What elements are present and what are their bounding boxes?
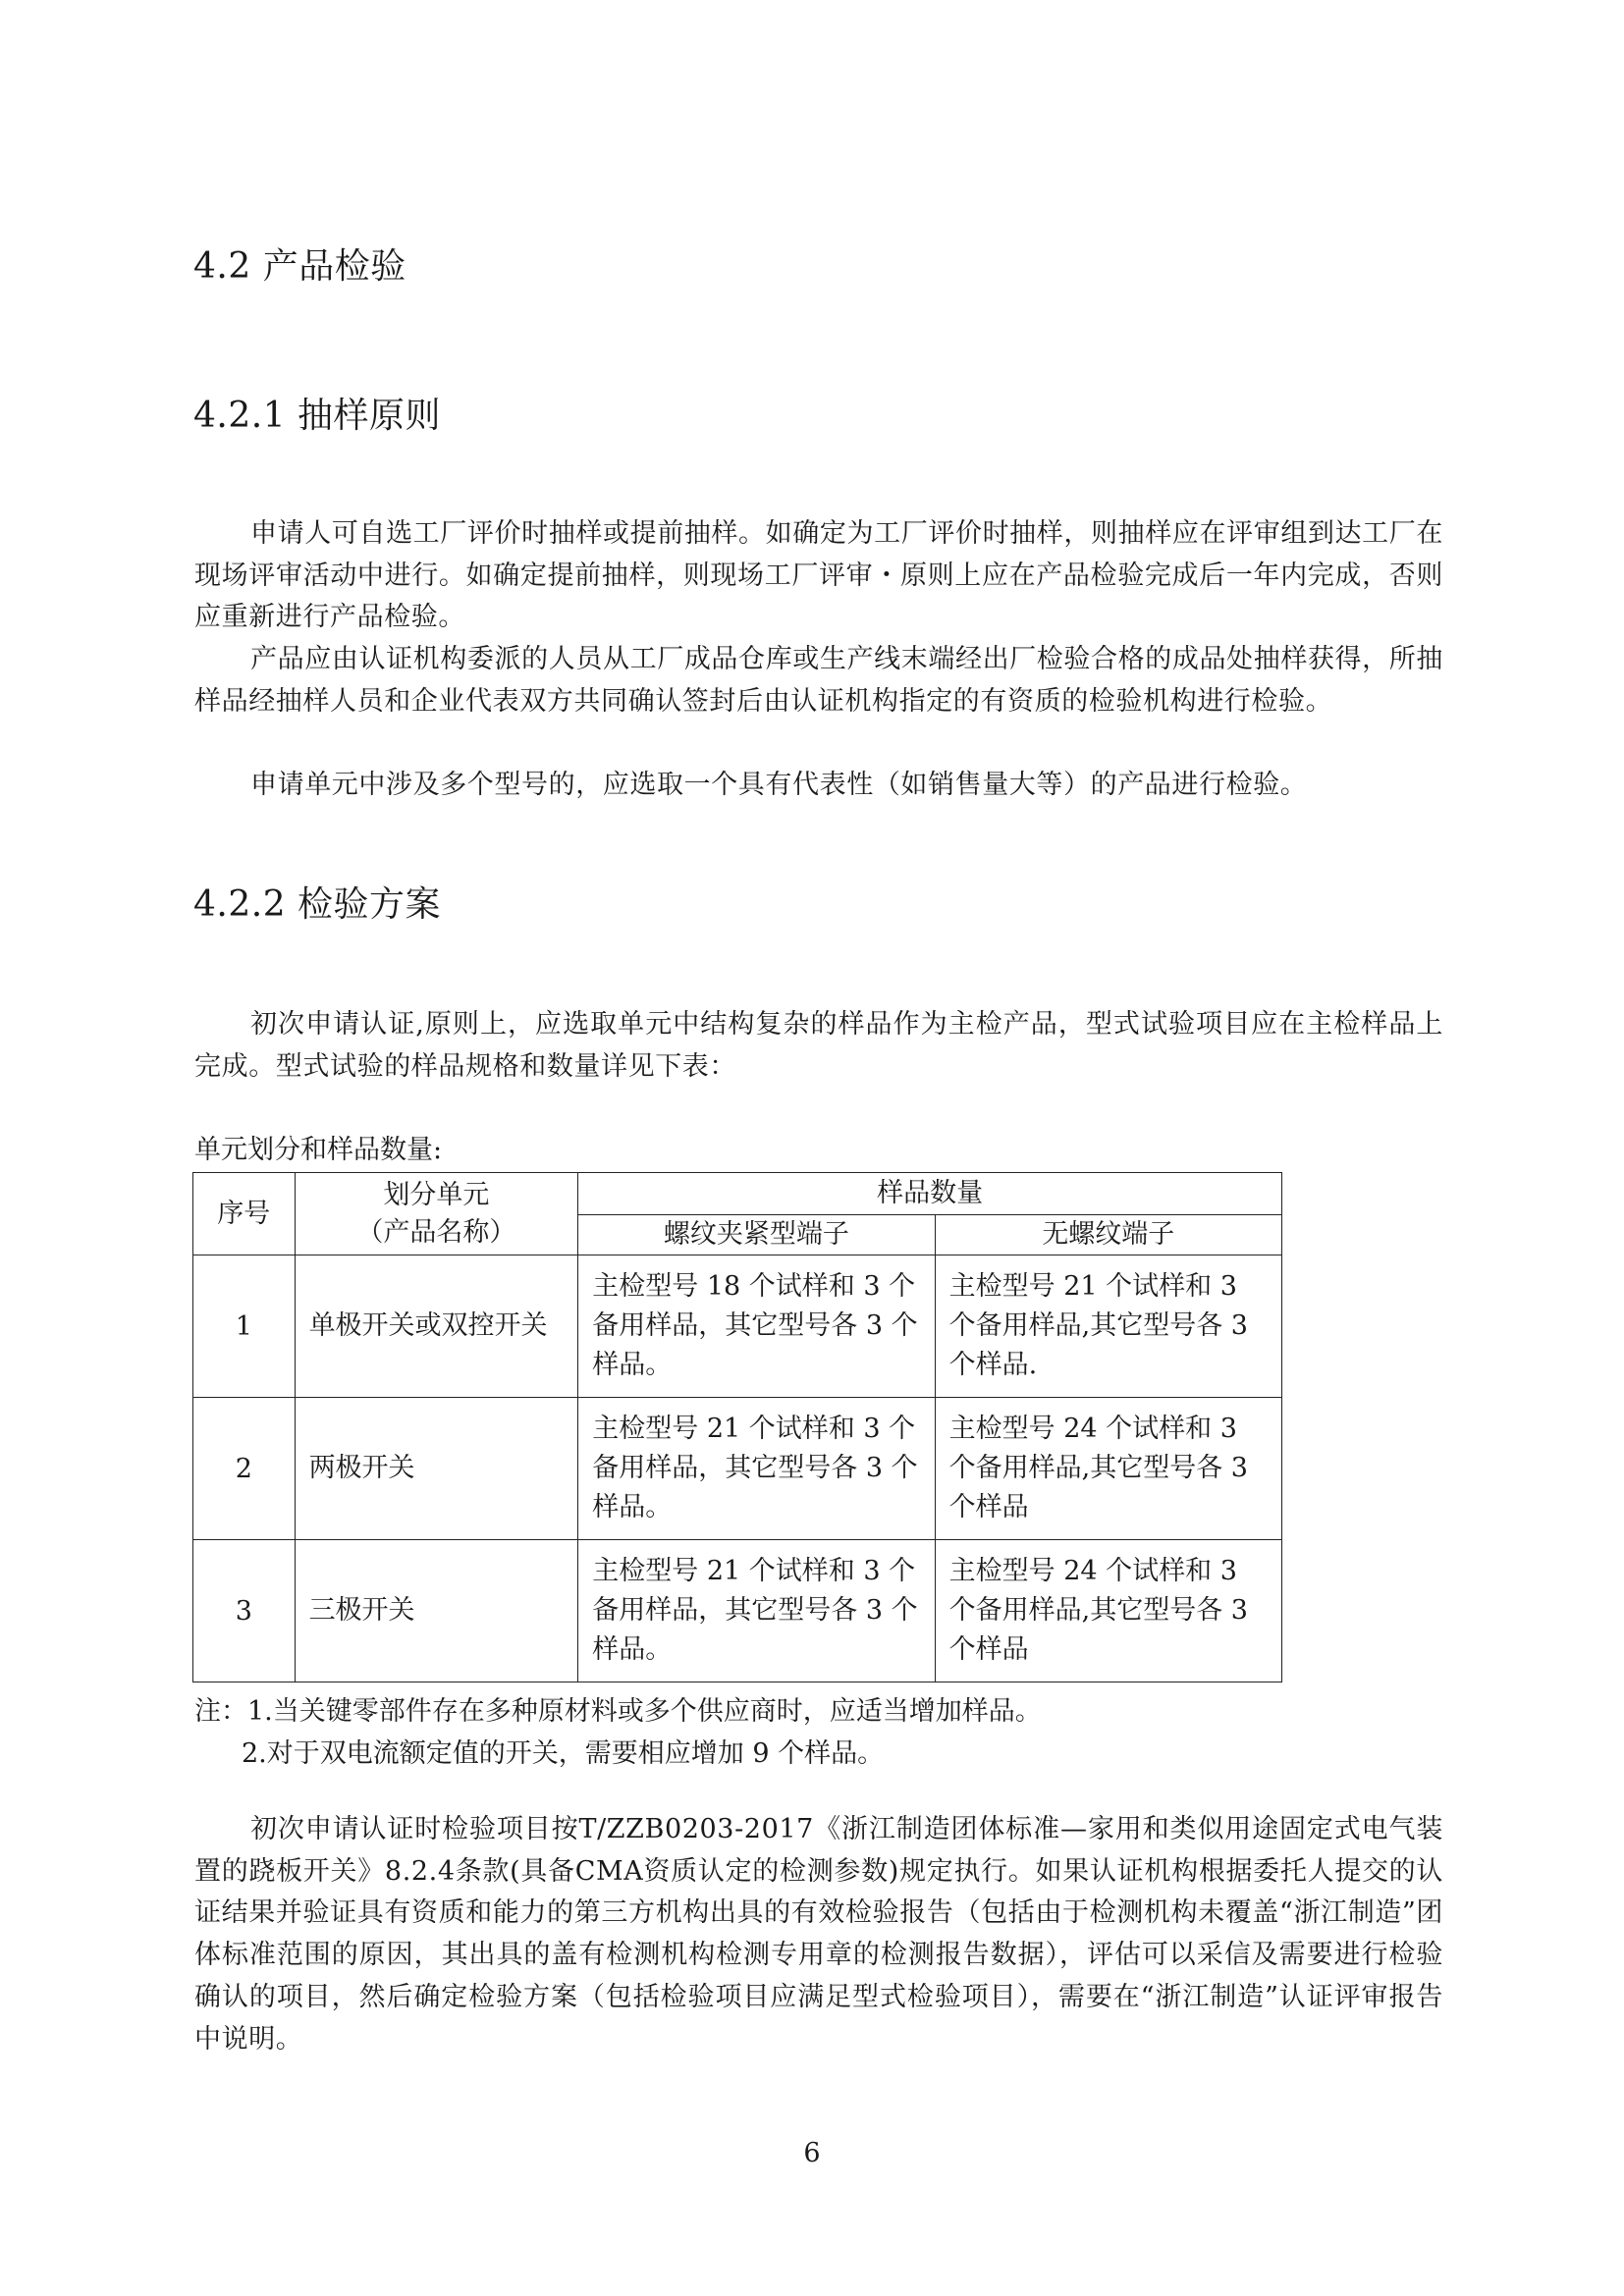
row-screwless-qty: 主检型号 24 个试样和 3 个备用样品,其它型号各 3 个样品 bbox=[936, 1552, 1281, 1670]
note-2: 2.对于双电流额定值的开关，需要相应增加 9 个样品。 bbox=[194, 1733, 1042, 1775]
table-caption: 单元划分和样品数量: bbox=[194, 1131, 442, 1170]
header-screwless-terminal: 无螺纹端子 bbox=[935, 1215, 1281, 1255]
sampling-paragraph-2: 产品应由认证机构委派的人员从工厂成品仓库或生产线末端经出厂检验合格的成品处抽样获… bbox=[194, 639, 1443, 722]
table-header-row-1: 序号 划分单元 （产品名称） 样品数量 bbox=[193, 1173, 1282, 1215]
sampling-paragraph-1: 申请人可自选工厂评价时抽样或提前抽样。如确定为工厂评价时抽样，则抽样应在评审组到… bbox=[194, 513, 1443, 639]
heading-4-2: 4.2 产品检验 bbox=[193, 247, 406, 287]
header-unit: 划分单元 （产品名称） bbox=[295, 1173, 578, 1255]
note-1: 注：1.当关键零部件存在多种原材料或多个供应商时，应适当增加样品。 bbox=[194, 1690, 1042, 1733]
header-screw-terminal: 螺纹夹紧型端子 bbox=[578, 1215, 935, 1255]
row-screw-qty: 主检型号 21 个试样和 3 个备用样品，其它型号各 3 个样品。 bbox=[578, 1410, 934, 1527]
plan-paragraph: 初次申请认证,原则上，应选取单元中结构复杂的样品作为主检产品，型式试验项目应在主… bbox=[194, 1004, 1443, 1088]
heading-4-2-1: 4.2.1 抽样原则 bbox=[193, 397, 441, 436]
table-notes: 注：1.当关键零部件存在多种原材料或多个供应商时，应适当增加样品。 2.对于双电… bbox=[194, 1690, 1042, 1775]
header-quantity: 样品数量 bbox=[578, 1173, 1282, 1215]
header-unit-line2: （产品名称） bbox=[296, 1214, 578, 1252]
row-screwless-qty: 主检型号 24 个试样和 3 个备用样品,其它型号各 3 个样品 bbox=[936, 1410, 1281, 1527]
row-no: 1 bbox=[193, 1255, 296, 1398]
heading-4-2-2: 4.2.2 检验方案 bbox=[193, 885, 441, 925]
row-name: 两极开关 bbox=[296, 1449, 578, 1488]
table-row: 1 单极开关或双控开关 主检型号 18 个试样和 3 个备用样品，其它型号各 3… bbox=[193, 1255, 1282, 1398]
row-name: 单极开关或双控开关 bbox=[296, 1307, 578, 1346]
header-no: 序号 bbox=[193, 1173, 296, 1255]
header-unit-line1: 划分单元 bbox=[296, 1177, 578, 1214]
row-screw-qty: 主检型号 18 个试样和 3 个备用样品，其它型号各 3 个样品。 bbox=[578, 1267, 934, 1385]
table-row: 3 三极开关 主检型号 21 个试样和 3 个备用样品，其它型号各 3 个样品。… bbox=[193, 1540, 1282, 1682]
sampling-paragraph-3: 申请单元中涉及多个型号的，应选取一个具有代表性（如销售量大等）的产品进行检验。 bbox=[194, 765, 1443, 807]
row-no: 3 bbox=[193, 1540, 296, 1682]
row-no: 2 bbox=[193, 1398, 296, 1540]
row-screwless-qty: 主检型号 21 个试样和 3 个备用样品,其它型号各 3 个样品. bbox=[936, 1267, 1281, 1385]
table-row: 2 两极开关 主检型号 21 个试样和 3 个备用样品，其它型号各 3 个样品。… bbox=[193, 1398, 1282, 1540]
unit-sample-table: 序号 划分单元 （产品名称） 样品数量 螺纹夹紧型端子 无螺纹端子 1 单极开关… bbox=[192, 1172, 1282, 1682]
row-screw-qty: 主检型号 21 个试样和 3 个备用样品，其它型号各 3 个样品。 bbox=[578, 1552, 934, 1670]
document-page: 4.2 产品检验 4.2.1 抽样原则 申请人可自选工厂评价时抽样或提前抽样。如… bbox=[0, 0, 1624, 2296]
page-number: 6 bbox=[0, 2138, 1624, 2168]
row-name: 三极开关 bbox=[296, 1591, 578, 1630]
final-paragraph: 初次申请认证时检验项目按T/ZZB0203-2017《浙江制造团体标准—家用和类… bbox=[194, 1809, 1443, 2060]
